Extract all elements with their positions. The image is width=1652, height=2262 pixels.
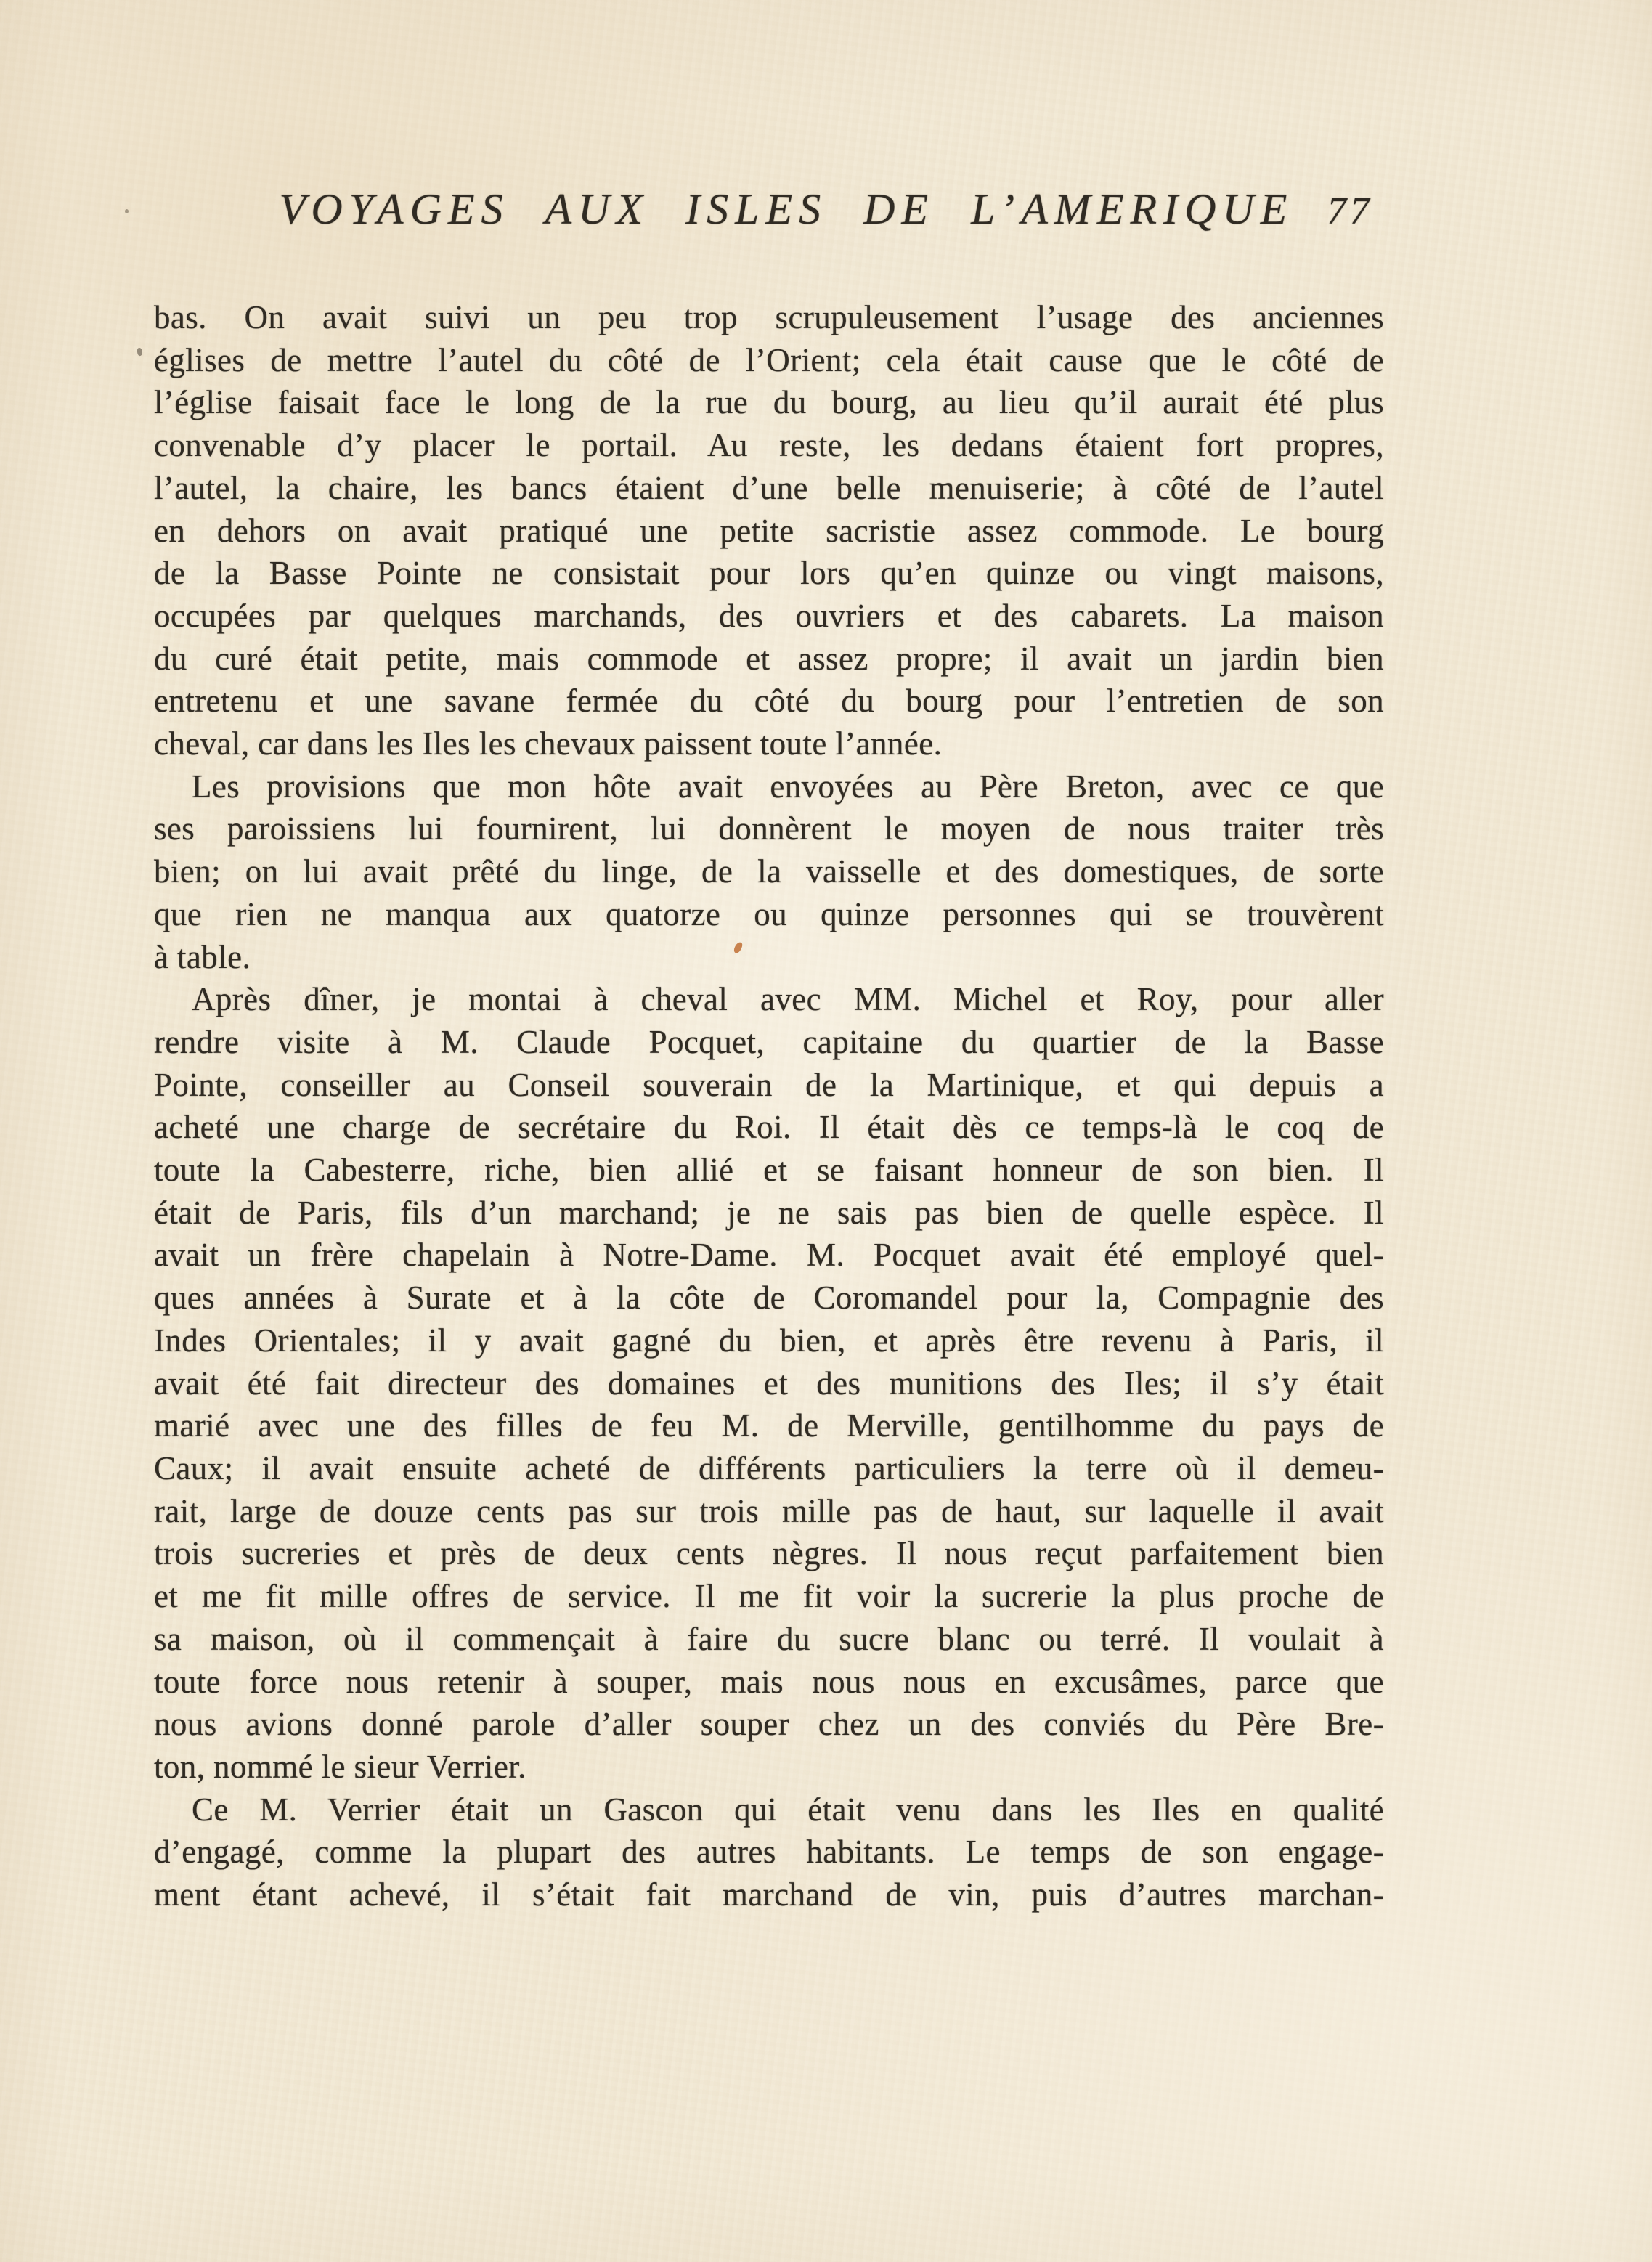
text-line: Les provisions que mon hôte avait envoyé… <box>154 765 1384 808</box>
text-line: ques années à Surate et à la côte de Cor… <box>154 1277 1384 1319</box>
text-line: rait, large de douze cents pas sur trois… <box>154 1490 1384 1533</box>
text-line: du curé était petite, mais commode et as… <box>154 638 1384 680</box>
page-header: VOYAGES AUX ISLES DE L’AMERIQUE 77 <box>0 184 1652 235</box>
text-line: marié avec une des filles de feu M. de M… <box>154 1404 1384 1447</box>
text-line: rendre visite à M. Claude Pocquet, capit… <box>154 1021 1384 1064</box>
text-line: à table. <box>154 936 1384 979</box>
text-line: l’autel, la chaire, les bancs étaient d’… <box>154 467 1384 510</box>
page-number: 77 <box>1327 190 1372 233</box>
text-line: Ce M. Verrier était un Gascon qui était … <box>154 1789 1384 1831</box>
text-line: églises de mettre l’autel du côté de l’O… <box>154 339 1384 382</box>
text-line: ton, nommé le sieur Verrier. <box>154 1746 1384 1789</box>
text-line: en dehors on avait pratiqué une petite s… <box>154 510 1384 553</box>
text-line: Pointe, conseiller au Conseil souverain … <box>154 1064 1384 1107</box>
text-line: l’église faisait face le long de la rue … <box>154 381 1384 424</box>
text-line: Indes Orientales; il y avait gagné du bi… <box>154 1319 1384 1362</box>
text-line: Caux; il avait ensuite acheté de différe… <box>154 1447 1384 1490</box>
text-line: d’engagé, comme la plupart des autres ha… <box>154 1831 1384 1874</box>
text-line: bas. On avait suivi un peu trop scrupule… <box>154 296 1384 339</box>
text-line: toute force nous retenir à souper, mais … <box>154 1661 1384 1704</box>
text-line: Après dîner, je montai à cheval avec MM.… <box>154 978 1384 1021</box>
text-line: de la Basse Pointe ne consistait pour lo… <box>154 552 1384 595</box>
book-page: VOYAGES AUX ISLES DE L’AMERIQUE 77 bas. … <box>0 0 1652 2262</box>
text-line: convenable d’y placer le portail. Au res… <box>154 424 1384 467</box>
text-line: cheval, car dans les Iles les chevaux pa… <box>154 723 1384 765</box>
text-line: ses paroissiens lui fournirent, lui donn… <box>154 807 1384 850</box>
text-line: bien; on lui avait prêté du linge, de la… <box>154 850 1384 893</box>
text-line: ment étant achevé, il s’était fait march… <box>154 1874 1384 1916</box>
text-line: acheté une charge de secrétaire du Roi. … <box>154 1106 1384 1149</box>
text-line: que rien ne manqua aux quatorze ou quinz… <box>154 893 1384 936</box>
page-body-text: bas. On avait suivi un peu trop scrupule… <box>154 296 1384 1916</box>
text-line: et me fit mille offres de service. Il me… <box>154 1575 1384 1618</box>
text-line: entretenu et une savane fermée du côté d… <box>154 680 1384 723</box>
text-line: toute la Cabesterre, riche, bien allié e… <box>154 1149 1384 1192</box>
text-line: était de Paris, fils d’un marchand; je n… <box>154 1192 1384 1234</box>
text-line: avait un frère chapelain à Notre-Dame. M… <box>154 1234 1384 1277</box>
text-line: occupées par quelques marchands, des ouv… <box>154 595 1384 638</box>
text-line: avait été fait directeur des domaines et… <box>154 1362 1384 1405</box>
text-line: trois sucreries et près de deux cents nè… <box>154 1532 1384 1575</box>
running-title: VOYAGES AUX ISLES DE L’AMERIQUE <box>280 184 1294 235</box>
text-line: sa maison, où il commençait à faire du s… <box>154 1618 1384 1661</box>
text-line: nous avions donné parole d’aller souper … <box>154 1703 1384 1746</box>
paper-dot-speck <box>125 209 129 213</box>
margin-ink-mark <box>137 347 143 356</box>
